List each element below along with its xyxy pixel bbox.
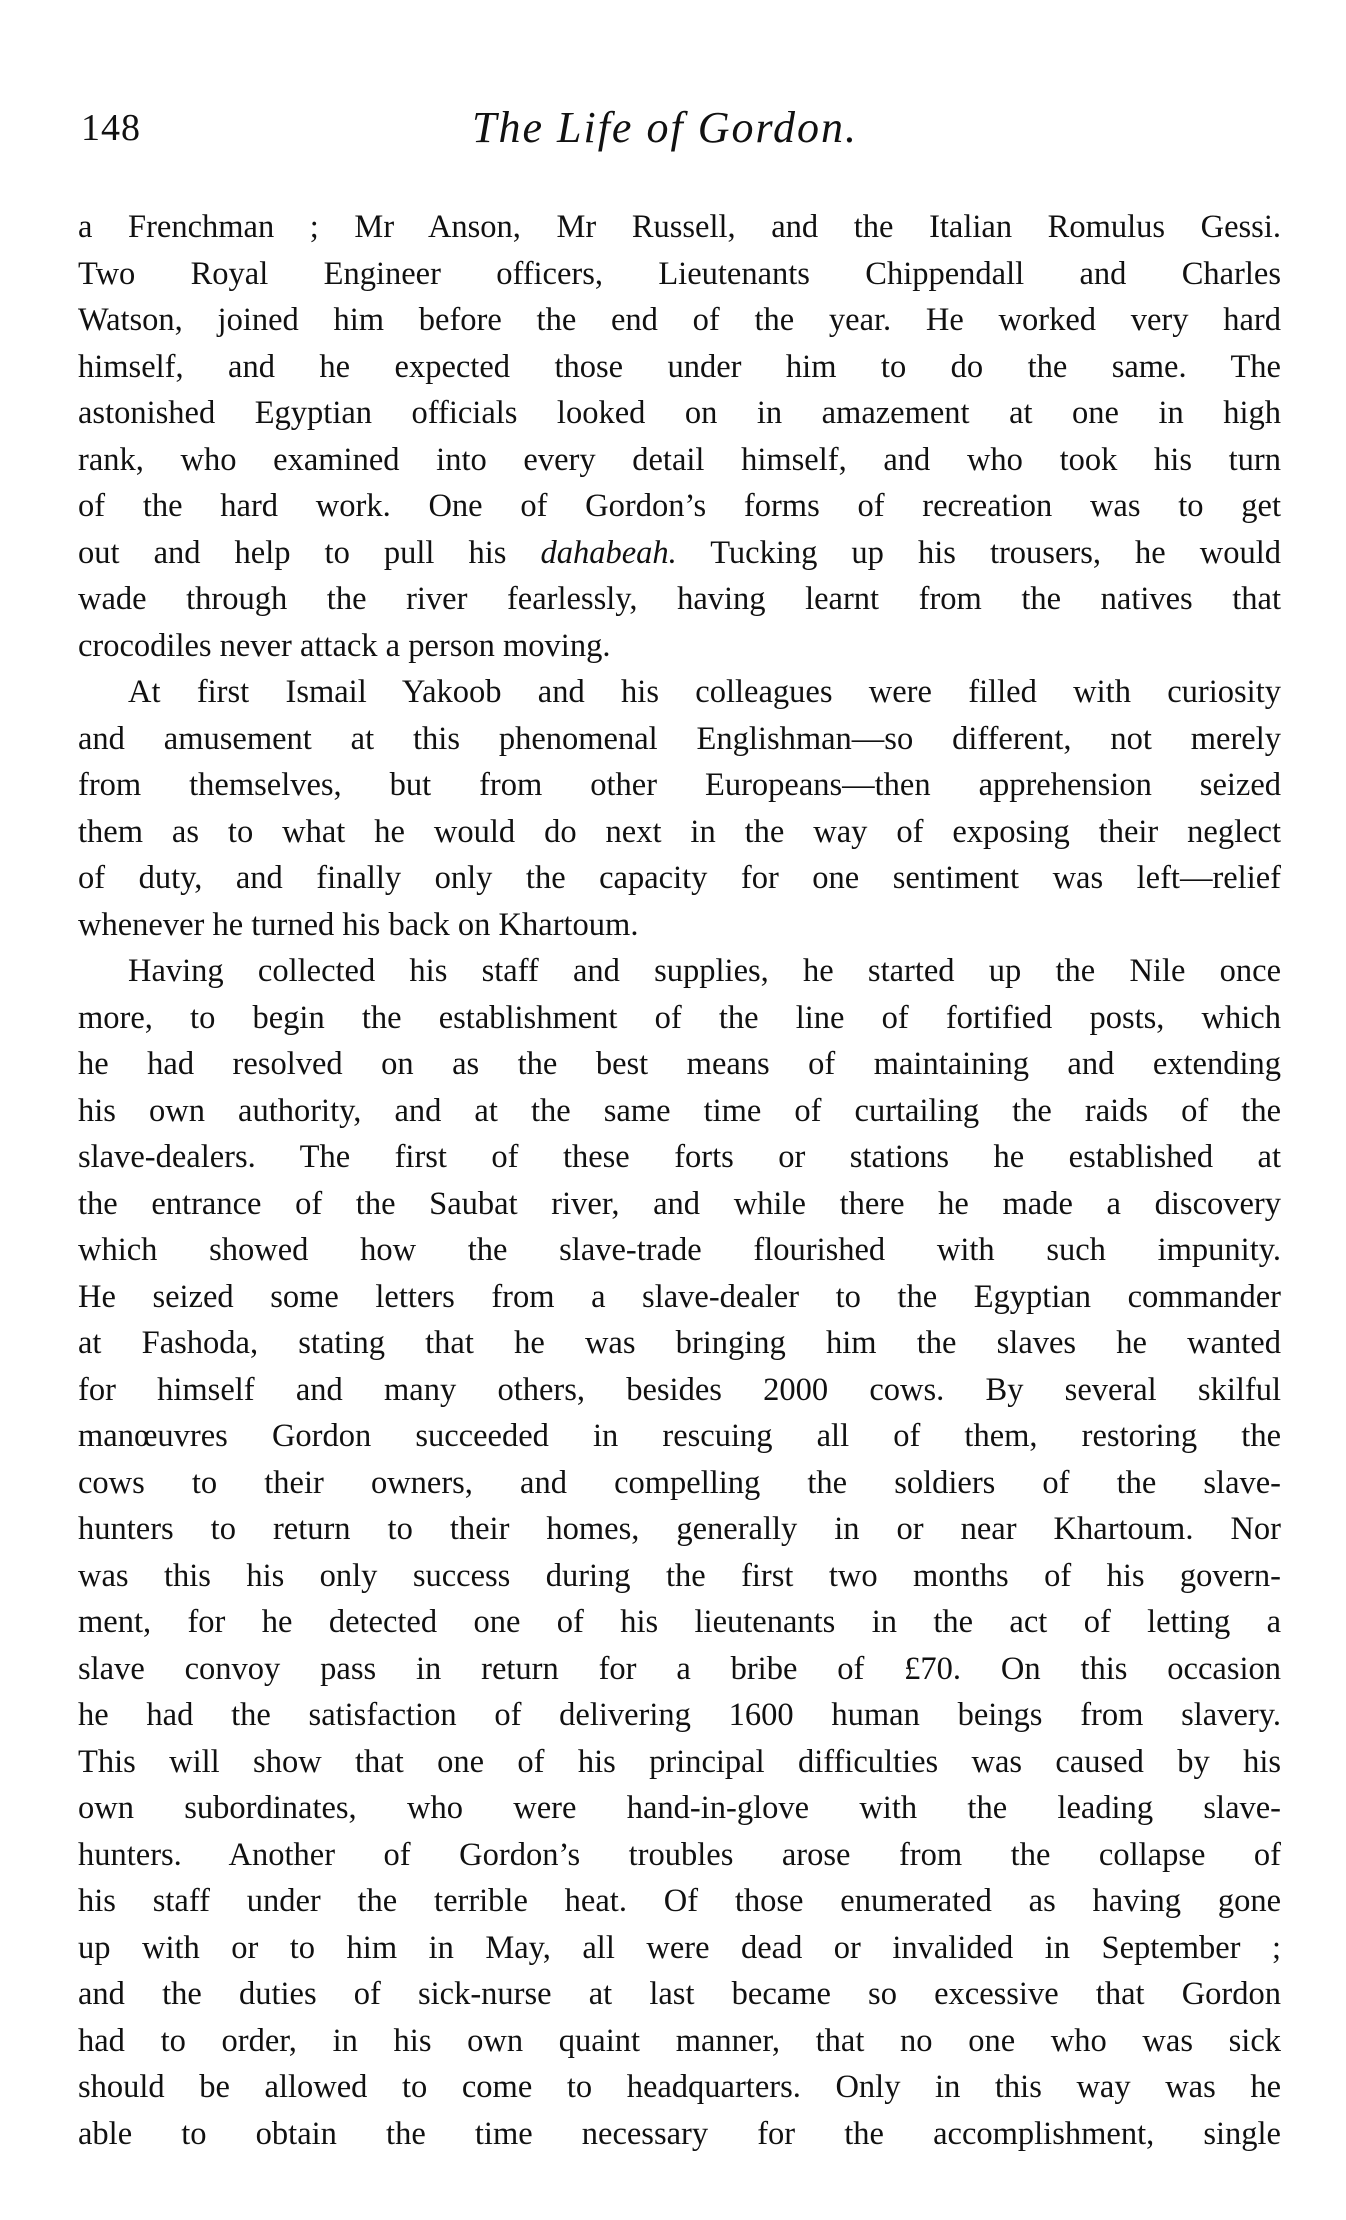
text-line: himself, and he expected those under him… (78, 344, 1281, 391)
text-line: hunters to return to their homes, genera… (78, 1506, 1281, 1553)
text-line: Watson, joined him before the end of the… (78, 297, 1281, 344)
italic-term-dahabeah: dahabeah. (540, 535, 676, 571)
text-line: manœuvres Gordon succeeded in rescuing a… (78, 1413, 1281, 1460)
text-line: of the hard work. One of Gordon’s forms … (78, 483, 1281, 530)
text-line: crocodiles never attack a person moving. (78, 623, 1281, 670)
book-page: 148 The Life of Gordon. a Frenchman ; Mr… (0, 0, 1346, 2220)
text-line: he had resolved on as the best means of … (78, 1041, 1281, 1088)
text-line: up with or to him in May, all were dead … (78, 1925, 1281, 1972)
text-line: more, to begin the establishment of the … (78, 995, 1281, 1042)
text-line: he had the satisfaction of delivering 16… (78, 1692, 1281, 1739)
text-line: a Frenchman ; Mr Anson, Mr Russell, and … (78, 204, 1281, 251)
text-segment: Tucking up his trousers, he would (677, 535, 1281, 571)
text-line: wade through the river fearlessly, havin… (78, 576, 1281, 623)
text-line: hunters. Another of Gordon’s troubles ar… (78, 1832, 1281, 1879)
text-line: This will show that one of his principal… (78, 1739, 1281, 1786)
text-line: Two Royal Engineer officers, Lieutenants… (78, 251, 1281, 298)
text-line: had to order, in his own quaint manner, … (78, 2018, 1281, 2065)
text-line: rank, who examined into every detail him… (78, 437, 1281, 484)
paragraph-2: At first Ismail Yakoob and his colleague… (78, 669, 1281, 948)
text-segment: out and help to pull his (78, 535, 540, 571)
text-line: his own authority, and at the same time … (78, 1088, 1281, 1135)
text-line: which showed how the slave-trade flouris… (78, 1227, 1281, 1274)
paragraph-1: a Frenchman ; Mr Anson, Mr Russell, and … (78, 204, 1281, 669)
text-line: able to obtain the time necessary for th… (78, 2111, 1281, 2158)
running-head: 148 The Life of Gordon. (78, 100, 1281, 156)
text-line: cows to their owners, and compelling the… (78, 1460, 1281, 1507)
text-line: ment, for he detected one of his lieuten… (78, 1599, 1281, 1646)
text-line: the entrance of the Saubat river, and wh… (78, 1181, 1281, 1228)
text-line: and amusement at this phenomenal English… (78, 716, 1281, 763)
paragraph-3: Having collected his staff and supplies,… (78, 948, 1281, 2157)
text-line-with-italic: out and help to pull his dahabeah. Tucki… (78, 530, 1281, 577)
text-line: At first Ismail Yakoob and his colleague… (78, 669, 1281, 716)
text-line: astonished Egyptian officials looked on … (78, 390, 1281, 437)
text-line: and the duties of sick-nurse at last bec… (78, 1971, 1281, 2018)
text-line: He seized some letters from a slave-deal… (78, 1274, 1281, 1321)
text-line: was this his only success during the fir… (78, 1553, 1281, 1600)
text-line: slave-dealers. The first of these forts … (78, 1134, 1281, 1181)
body-text: a Frenchman ; Mr Anson, Mr Russell, and … (78, 204, 1281, 2157)
page-number: 148 (81, 104, 141, 152)
text-line: of duty, and finally only the capacity f… (78, 855, 1281, 902)
text-line: his staff under the terrible heat. Of th… (78, 1878, 1281, 1925)
text-line: at Fashoda, stating that he was bringing… (78, 1320, 1281, 1367)
text-line: from themselves, but from other European… (78, 762, 1281, 809)
text-line: them as to what he would do next in the … (78, 809, 1281, 856)
text-line: own subordinates, who were hand-in-glove… (78, 1785, 1281, 1832)
text-line: whenever he turned his back on Khartoum. (78, 902, 1281, 949)
running-title: The Life of Gordon. (455, 100, 875, 156)
text-line: slave convoy pass in return for a bribe … (78, 1646, 1281, 1693)
text-line: Having collected his staff and supplies,… (78, 948, 1281, 995)
text-line: should be allowed to come to headquarter… (78, 2064, 1281, 2111)
text-line: for himself and many others, besides 200… (78, 1367, 1281, 1414)
